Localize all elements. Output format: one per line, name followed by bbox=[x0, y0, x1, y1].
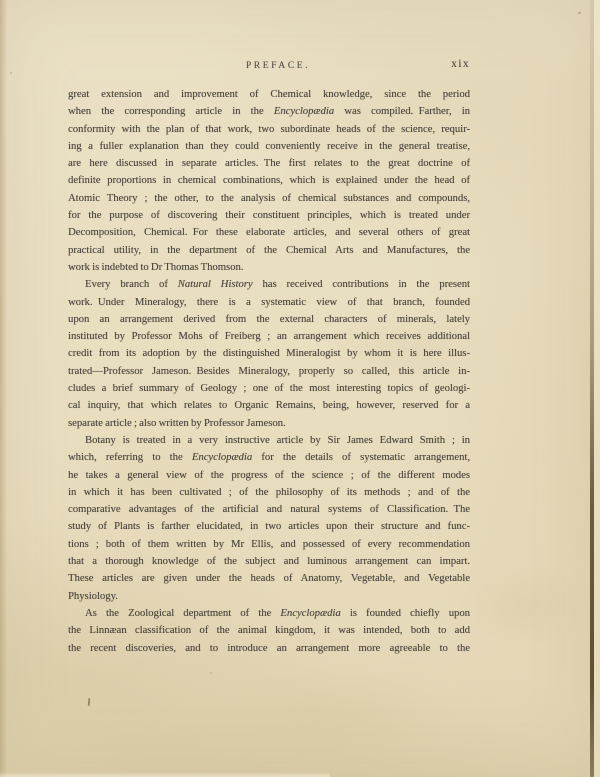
page-edge-left bbox=[0, 0, 7, 777]
text-segment: Physiology. bbox=[68, 591, 118, 602]
text-segment: Every branch of bbox=[85, 279, 178, 290]
text-line: Physiology. bbox=[68, 588, 470, 605]
text-segment: instituted by Professor Mohs of Freiberg… bbox=[68, 331, 470, 342]
italic-text: Encyclopædia bbox=[274, 106, 334, 117]
text-segment: that a thorough knowledge of the subject… bbox=[68, 556, 470, 567]
text-line: comparative advantages of the artificial… bbox=[68, 501, 470, 518]
text-line: are here discussed in separate articles.… bbox=[68, 155, 470, 172]
text-line: great extension and improvement of Chemi… bbox=[68, 86, 470, 103]
page-edge-bottom bbox=[0, 772, 330, 777]
text-segment: practical utility, in the department of … bbox=[68, 245, 470, 256]
text-line: work is indebted to Dr Thomas Thomson. bbox=[68, 259, 470, 276]
text-line: ing a fuller explanation than they could… bbox=[68, 138, 470, 155]
page-number: xix bbox=[451, 58, 470, 70]
text-segment: tions ; both of them written by Mr Ellis… bbox=[68, 539, 470, 550]
text-line: in which it has been cultivated ; of the… bbox=[68, 484, 470, 501]
italic-text: Encyclopædia bbox=[280, 608, 340, 619]
text-line: credit from its adoption by the distingu… bbox=[68, 345, 470, 362]
text-line: trated—Professor Jameson. Besides Minera… bbox=[68, 363, 470, 380]
page-edge-line bbox=[590, 0, 594, 777]
text-segment: conformity with the plan of that work, t… bbox=[68, 124, 470, 135]
text-segment: when the corresponding article in the bbox=[68, 106, 274, 117]
text-segment: Atomic Theory ; the other, to the analys… bbox=[68, 193, 470, 204]
text-segment: for the purpose of discovering their con… bbox=[68, 210, 470, 221]
text-segment: he takes a general view of the progress … bbox=[68, 470, 470, 481]
text-segment: study of Plants is farther elucidated, i… bbox=[68, 521, 470, 532]
page-header: PREFACE. xix bbox=[68, 60, 470, 75]
book-page: PREFACE. xix great extension and improve… bbox=[0, 0, 600, 777]
text-segment: the Linnæan classification of the animal… bbox=[68, 625, 470, 636]
text-line: which, referring to the Encyclopædia for… bbox=[68, 449, 470, 466]
text-segment: credit from its adoption by the distingu… bbox=[68, 348, 470, 359]
text-line: practical utility, in the department of … bbox=[68, 242, 470, 259]
text-line: These articles are given under the heads… bbox=[68, 570, 470, 587]
text-line: for the purpose of discovering their con… bbox=[68, 207, 470, 224]
text-segment: ing a fuller explanation than they could… bbox=[68, 141, 470, 152]
text-segment: Botany is treated in a very instructive … bbox=[85, 435, 470, 446]
text-line: Atomic Theory ; the other, to the analys… bbox=[68, 190, 470, 207]
text-line: upon an arrangement derived from the ext… bbox=[68, 311, 470, 328]
text-line: study of Plants is farther elucidated, i… bbox=[68, 518, 470, 535]
text-segment: Decomposition, Chemical. For these elabo… bbox=[68, 227, 470, 238]
text-line: he takes a general view of the progress … bbox=[68, 467, 470, 484]
text-line: Decomposition, Chemical. For these elabo… bbox=[68, 224, 470, 241]
text-segment: for the details of systematic arrangemen… bbox=[252, 452, 470, 463]
running-title: PREFACE. bbox=[246, 61, 310, 71]
italic-text: Encyclopædia bbox=[192, 452, 252, 463]
text-segment: which, referring to the bbox=[68, 452, 192, 463]
text-segment: great extension and improvement of Chemi… bbox=[68, 89, 470, 100]
text-segment: cal inquiry, that which relates to Organ… bbox=[68, 400, 470, 411]
text-line: definite proportions in chemical combina… bbox=[68, 172, 470, 189]
text-segment: was compiled. Farther, in bbox=[334, 106, 470, 117]
text-segment: cludes a brief summary of Geology ; one … bbox=[68, 383, 470, 394]
body-text: great extension and improvement of Chemi… bbox=[68, 86, 470, 657]
text-line: Every branch of Natural History has rece… bbox=[68, 276, 470, 293]
text-line: instituted by Professor Mohs of Freiberg… bbox=[68, 328, 470, 345]
text-line: tions ; both of them written by Mr Ellis… bbox=[68, 536, 470, 553]
text-line: separate article ; also written by Profe… bbox=[68, 415, 470, 432]
text-segment: separate article ; also written by Profe… bbox=[68, 418, 286, 429]
text-segment: has received contributions in the presen… bbox=[253, 279, 470, 290]
text-segment: definite proportions in chemical combina… bbox=[68, 175, 470, 186]
text-line: cal inquiry, that which relates to Organ… bbox=[68, 397, 470, 414]
text-line: the recent discoveries, and to introduce… bbox=[68, 640, 470, 657]
text-segment: comparative advantages of the artificial… bbox=[68, 504, 470, 515]
text-line: that a thorough knowledge of the subject… bbox=[68, 553, 470, 570]
text-line: As the Zoological department of the Ency… bbox=[68, 605, 470, 622]
text-line: when the corresponding article in the En… bbox=[68, 103, 470, 120]
text-segment: upon an arrangement derived from the ext… bbox=[68, 314, 470, 325]
text-line: Botany is treated in a very instructive … bbox=[68, 432, 470, 449]
text-line: work. Under Mineralogy, there is a syste… bbox=[68, 294, 470, 311]
text-line: cludes a brief summary of Geology ; one … bbox=[68, 380, 470, 397]
text-segment: the recent discoveries, and to introduce… bbox=[68, 643, 470, 654]
text-segment: in which it has been cultivated ; of the… bbox=[68, 487, 470, 498]
text-segment: These articles are given under the heads… bbox=[68, 573, 470, 584]
paper-speck bbox=[578, 11, 582, 14]
italic-text: Natural History bbox=[178, 279, 253, 290]
paper-speck bbox=[210, 672, 212, 674]
text-segment: As the Zoological department of the bbox=[85, 608, 280, 619]
text-segment: work is indebted to Dr Thomas Thomson. bbox=[68, 262, 243, 273]
text-segment: are here discussed in separate articles.… bbox=[68, 158, 470, 169]
text-segment: is founded chiefly upon bbox=[341, 608, 470, 619]
signature-mark bbox=[88, 698, 90, 706]
text-line: the Linnæan classification of the animal… bbox=[68, 622, 470, 639]
text-segment: work. Under Mineralogy, there is a syste… bbox=[68, 297, 470, 308]
text-segment: trated—Professor Jameson. Besides Minera… bbox=[68, 366, 470, 377]
adjacent-page-edge bbox=[594, 0, 600, 777]
paper-speck bbox=[10, 72, 12, 74]
text-line: conformity with the plan of that work, t… bbox=[68, 121, 470, 138]
